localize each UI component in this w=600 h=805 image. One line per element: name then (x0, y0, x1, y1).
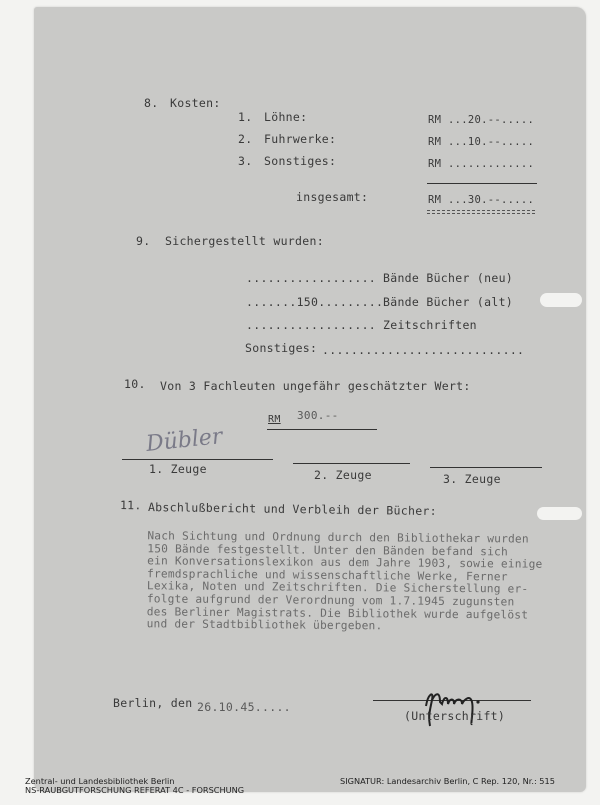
section10-title: Von 3 Fachleuten ungefähr geschätzter We… (160, 379, 471, 393)
total-currency: RM (428, 194, 441, 206)
footer-library: Zentral- und Landesbibliothek BerlinNS-R… (25, 777, 244, 795)
cost-item-3-number: 3. (238, 154, 252, 168)
other-items-label: Sonstiges: (245, 341, 317, 355)
cost-item-2-currency: RM (428, 136, 441, 148)
total-value: ...30.--..... (448, 194, 534, 206)
total-double-rule (427, 210, 535, 214)
witness-1-rule (122, 459, 273, 460)
cost-item-3-value: ............. (448, 158, 534, 170)
section11-number: 11. (120, 498, 142, 512)
witness-3-label: 3. Zeuge (443, 472, 501, 486)
books-old-label: Bände Bücher (alt) (383, 295, 513, 309)
value-amount: 300.-- (297, 409, 339, 422)
value-rule (267, 429, 377, 430)
witness-2-rule (293, 463, 410, 464)
date-value: 26.10.45..... (197, 700, 291, 714)
cost-item-2-value: ...10.--..... (448, 136, 534, 148)
section8-title: Kosten: (170, 96, 221, 110)
cost-item-1-label: Löhne: (264, 110, 307, 124)
final-report-text: Nach Sichtung und Ordnung durch den Bibl… (147, 530, 543, 634)
cost-item-3-currency: RM (428, 158, 441, 170)
books-new-label: Bände Bücher (neu) (383, 271, 513, 285)
witness-3-rule (430, 467, 542, 468)
section9-title: Sichergestellt wurden: (165, 234, 324, 248)
periodicals-dots: .................. (246, 318, 376, 332)
witness-1-label: 1. Zeuge (149, 462, 207, 476)
section10-number: 10. (124, 377, 146, 391)
total-label: insgesamt: (296, 190, 368, 204)
punch-hole-top (540, 293, 582, 307)
section9-number: 9. (136, 234, 150, 248)
witness-2-label: 2. Zeuge (314, 468, 372, 482)
cost-item-1-currency: RM (428, 114, 441, 126)
cost-item-3-label: Sonstiges: (264, 154, 336, 168)
signature-caption: (Unterschrift) (404, 709, 505, 723)
cost-item-2-label: Fuhrwerke: (264, 132, 336, 146)
books-old-dots: .......150......... (246, 295, 383, 309)
subtotal-rule (427, 183, 537, 184)
cost-item-1-number: 1. (238, 110, 252, 124)
other-items-dots: ............................ (322, 343, 524, 357)
value-currency: RM (268, 414, 281, 425)
punch-hole-bottom (537, 507, 582, 520)
place-label: Berlin, den (113, 696, 192, 710)
footer-signature-ref: SIGNATUR: Landesarchiv Berlin, C Rep. 12… (340, 777, 555, 786)
books-new-dots: .................. (246, 271, 376, 285)
cost-item-2-number: 2. (238, 132, 252, 146)
section8-number: 8. (144, 96, 158, 110)
cost-item-1-value: ...20.--..... (448, 114, 534, 126)
periodicals-label: Zeitschriften (383, 318, 477, 332)
